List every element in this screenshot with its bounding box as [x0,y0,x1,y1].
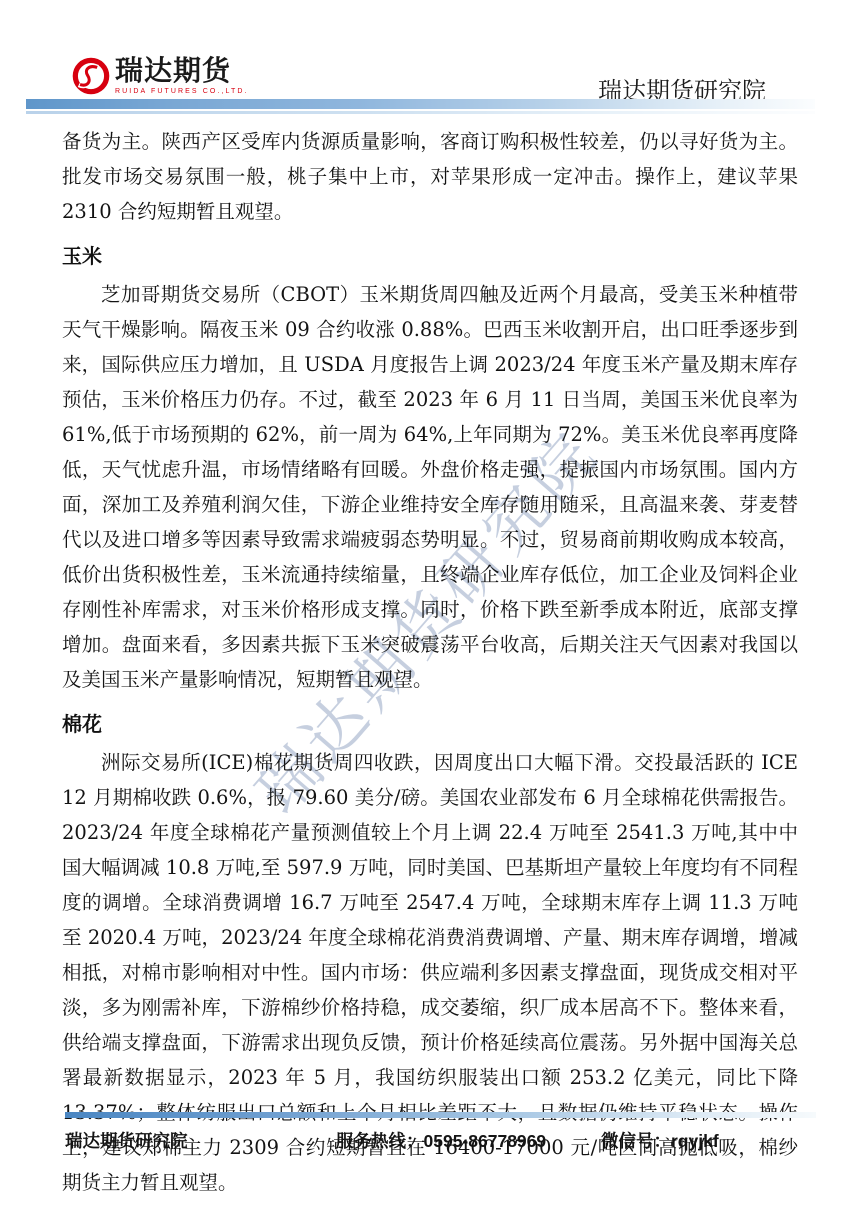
section-heading-corn: 玉米 [62,242,798,270]
brand-logo: 瑞达期货 RUIDA FUTURES CO.,LTD. [72,56,249,96]
page-header: 瑞达期货 RUIDA FUTURES CO.,LTD. 瑞达期货研究院 [0,0,860,118]
header-divider-bar [26,99,815,109]
footer-divider-bar [65,1112,816,1118]
footer-wechat-label: 微信号： [601,1131,671,1151]
footer-hotline-number: 0595-86778969 [424,1131,547,1151]
logo-text-block: 瑞达期货 RUIDA FUTURES CO.,LTD. [115,56,249,96]
ruida-logo-icon [72,56,110,96]
footer-wechat: 微信号：rqyjkf [601,1128,719,1153]
footer-hotline-label: 服务热线： [336,1131,424,1151]
footer-hotline: 服务热线：0595-86778969 [336,1128,546,1153]
apple-section-paragraph: 备货为主。陕西产区受库内货源质量影响，客商订购积极性较差，仍以寻好货为主。批发市… [62,124,798,229]
header-divider-line [26,111,815,114]
footer-institute: 瑞达期货研究院 [65,1128,188,1153]
footer-wechat-id: rqyjkf [671,1131,719,1151]
report-page: 瑞达期货研究院 瑞达期货 RUIDA FUTURES CO.,LTD. 瑞达期货… [0,0,860,1217]
section-heading-cotton: 棉花 [62,710,798,738]
page-footer: 瑞达期货研究院 服务热线：0595-86778969 微信号：rqyjkf [65,1128,815,1152]
corn-section-paragraph: 芝加哥期货交易所（CBOT）玉米期货周四触及近两个月最高，受美玉米种植带天气干燥… [62,277,798,697]
logo-name-en: RUIDA FUTURES CO.,LTD. [115,88,249,96]
report-body: 备货为主。陕西产区受库内货源质量影响，客商订购积极性较差，仍以寻好货为主。批发市… [62,124,798,1200]
logo-name-cn: 瑞达期货 [115,56,249,86]
